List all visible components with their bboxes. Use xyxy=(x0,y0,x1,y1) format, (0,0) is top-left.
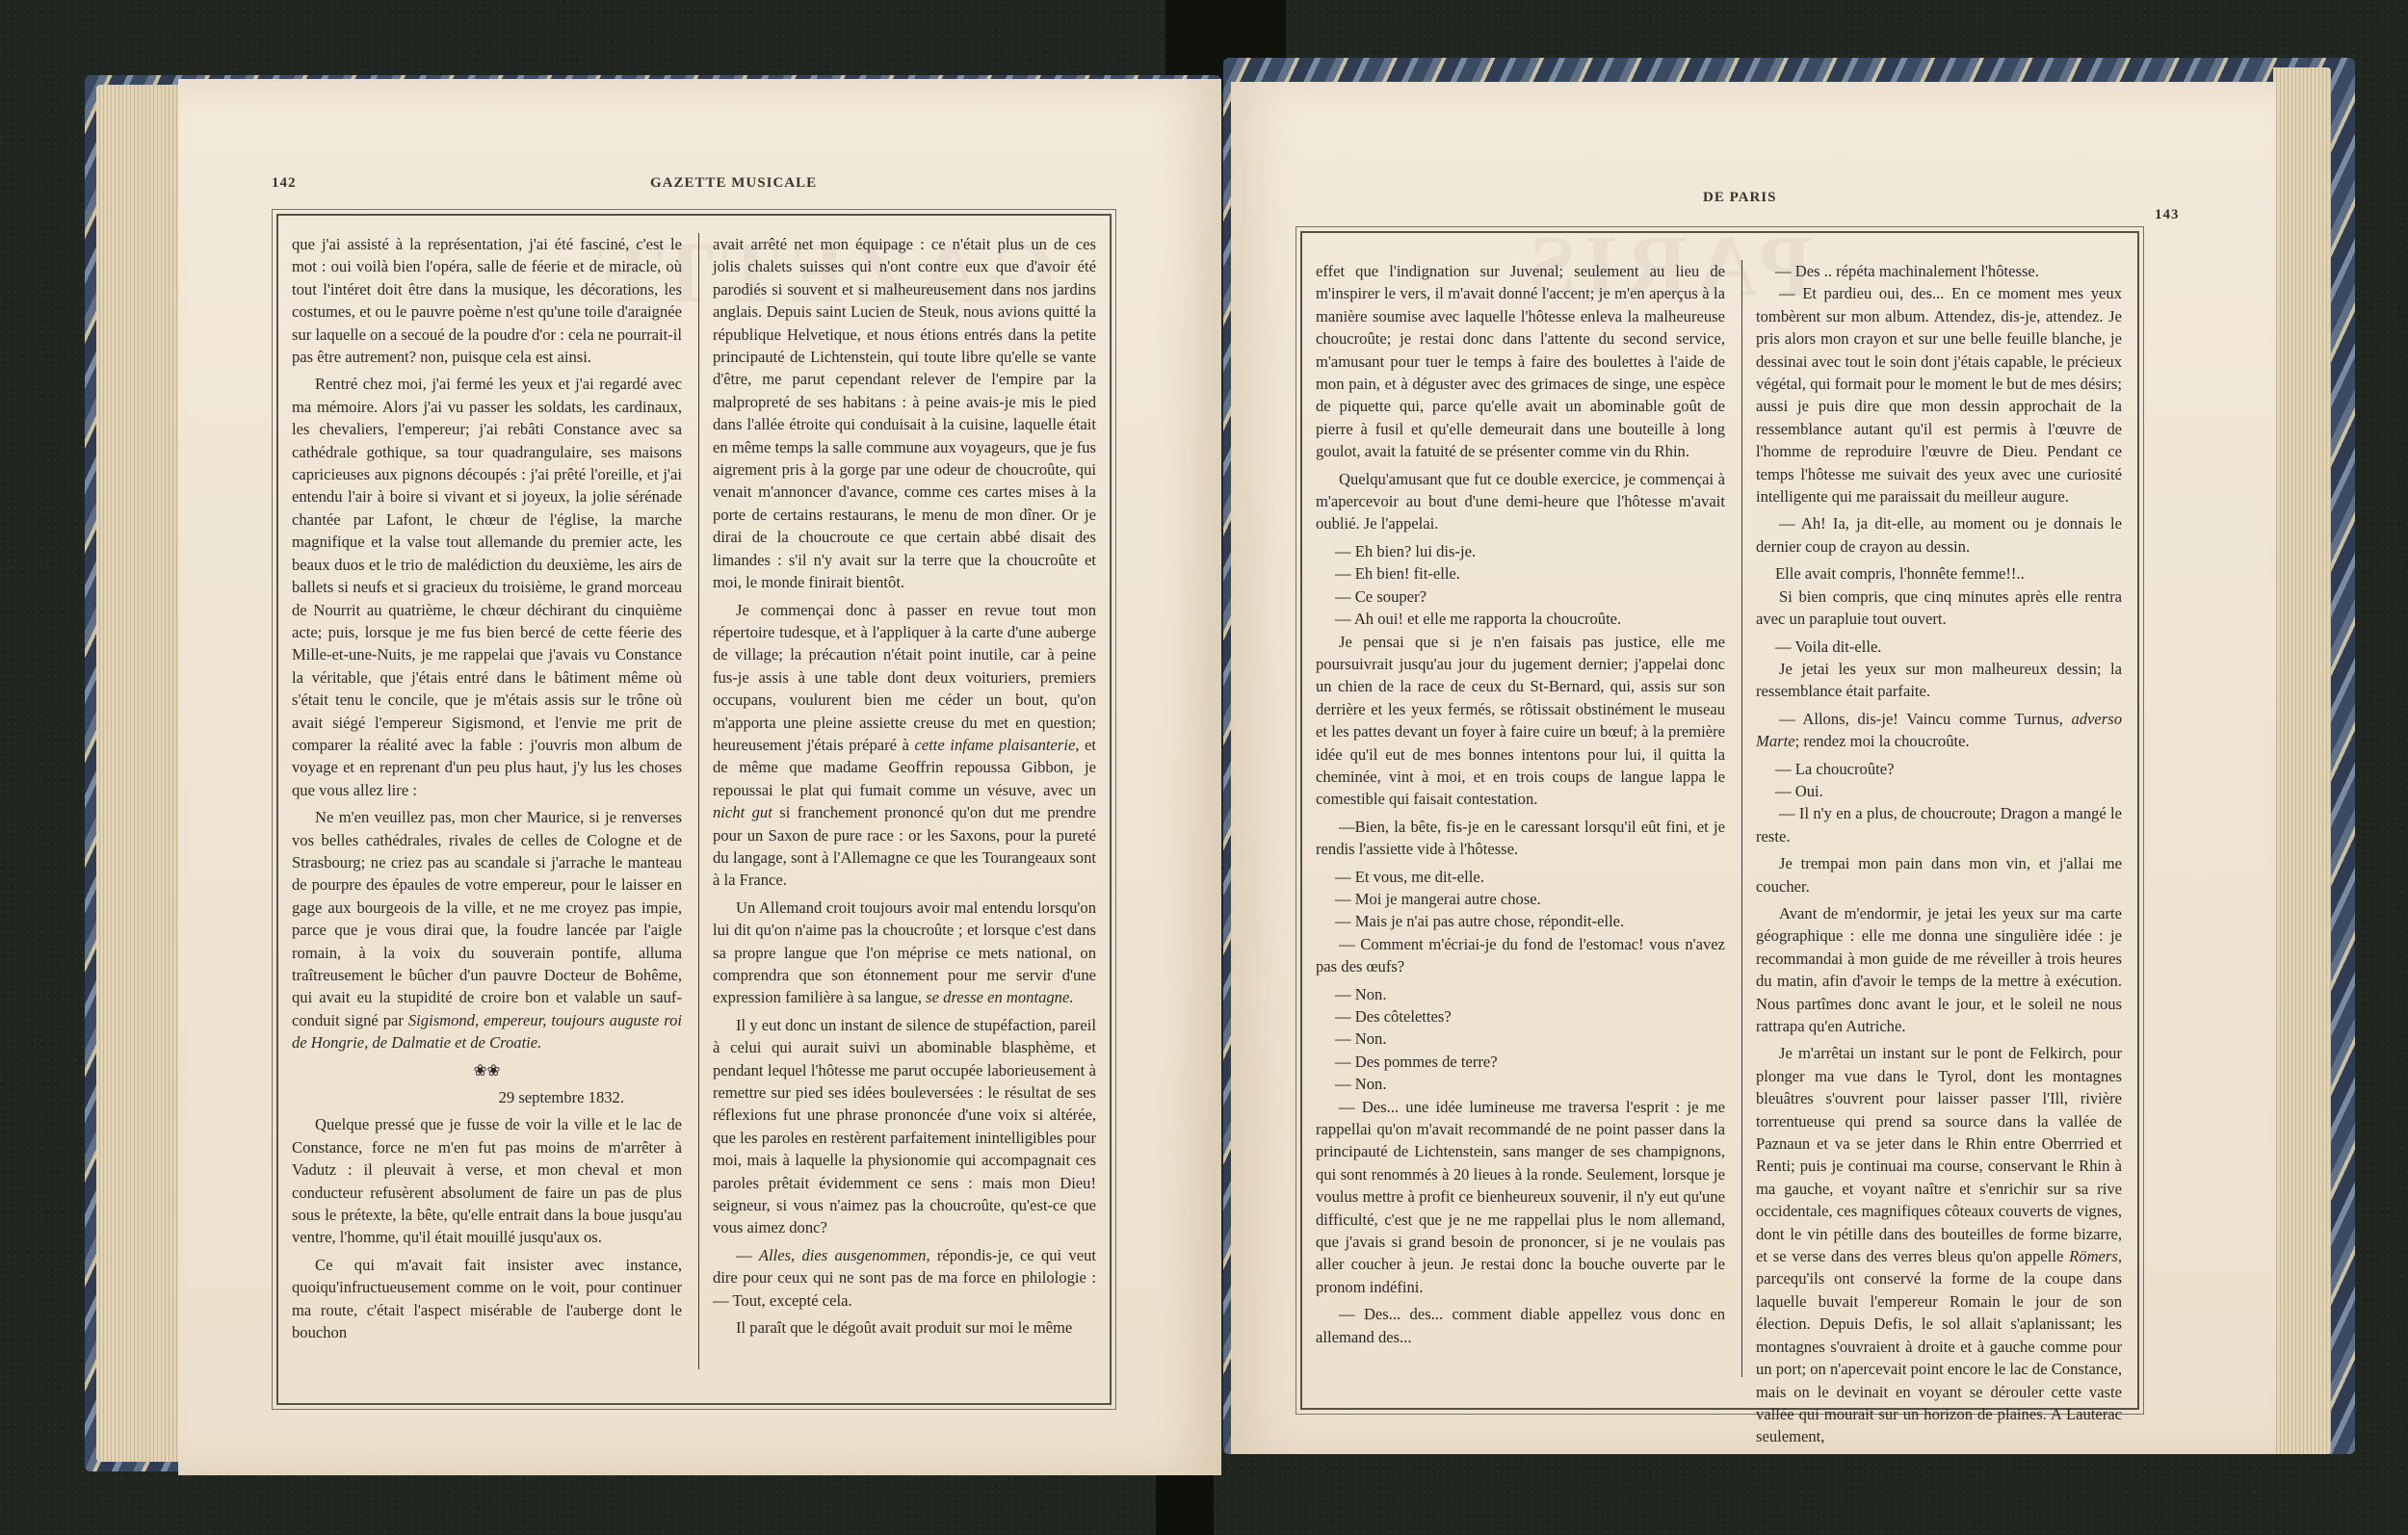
paragraph: Je jetai les yeux sur mon malheureux des… xyxy=(1756,658,2122,703)
page-edges-left xyxy=(96,85,183,1462)
paragraph: Elle avait compris, l'honnête femme!!.. xyxy=(1756,562,2122,585)
paragraph: — Non. xyxy=(1316,1073,1725,1095)
paragraph: — Ah oui! et elle me rapporta la choucro… xyxy=(1316,608,1725,630)
paragraph: ❀❀ xyxy=(292,1059,682,1081)
paragraph: Il y eut donc un instant de silence de s… xyxy=(713,1014,1096,1239)
paragraph: Si bien compris, que cinq minutes après … xyxy=(1756,585,2122,631)
paragraph: Avant de m'endormir, je jetai les yeux s… xyxy=(1756,902,2122,1037)
paragraph: — Des .. répéta machinalement l'hôtesse. xyxy=(1756,260,2122,282)
paragraph: Ne m'en veuillez pas, mon cher Maurice, … xyxy=(292,806,682,1054)
paragraph: — Non. xyxy=(1316,1028,1725,1050)
paragraph: Un Allemand croit toujours avoir mal ent… xyxy=(713,897,1096,1009)
column-2: — Des .. répéta machinalement l'hôtesse.… xyxy=(1756,260,2122,1453)
paragraph: — Comment m'écriai-je du fond de l'estom… xyxy=(1316,933,1725,978)
paragraph: — Non. xyxy=(1316,983,1725,1005)
paragraph: — Moi je mangerai autre chose. xyxy=(1316,888,1725,910)
paragraph: Ce qui m'avait fait insister avec instan… xyxy=(292,1254,682,1344)
paragraph: 29 septembre 1832. xyxy=(292,1086,682,1108)
paragraph: — Alles, dies ausgenommen, répondis-je, … xyxy=(713,1244,1096,1312)
paragraph: — Allons, dis-je! Vaincu comme Turnus, a… xyxy=(1756,708,2122,753)
running-head: GAZETTE MUSICALE xyxy=(650,175,817,192)
running-head: DE PARIS xyxy=(1703,190,1776,206)
paragraph: Je trempai mon pain dans mon vin, et j'a… xyxy=(1756,852,2122,898)
paragraph: —Bien, la bête, fis-je en le caressant l… xyxy=(1316,816,1725,861)
paragraph: Je pensai que si je n'en faisais pas jus… xyxy=(1316,631,1725,811)
paragraph: — Et vous, me dit-elle. xyxy=(1316,866,1725,888)
paragraph: Il paraît que le dégoût avait produit su… xyxy=(713,1316,1096,1339)
paragraph: — Mais je n'ai pas autre chose, répondit… xyxy=(1316,910,1725,932)
paragraph: — Oui. xyxy=(1756,780,2122,802)
column-1: effet que l'indignation sur Juvenal; seu… xyxy=(1316,260,1725,1353)
paragraph: — Il n'y en a plus, de choucroute; Drago… xyxy=(1756,802,2122,847)
paragraph: effet que l'indignation sur Juvenal; seu… xyxy=(1316,260,1725,463)
paragraph: que j'ai assisté à la représentation, j'… xyxy=(292,233,682,368)
paragraph: — Et pardieu oui, des... En ce moment me… xyxy=(1756,282,2122,507)
column-1: que j'ai assisté à la représentation, j'… xyxy=(292,233,682,1349)
paragraph: — Voila dit-elle. xyxy=(1756,636,2122,658)
paragraph: — Des côtelettes? xyxy=(1316,1005,1725,1028)
page-number: 142 xyxy=(272,175,297,192)
paragraph: — La choucroûte? xyxy=(1756,758,2122,780)
paragraph: — Eh bien? lui dis-je. xyxy=(1316,540,1725,562)
paragraph: avait arrêté net mon équipage : ce n'éta… xyxy=(713,233,1096,594)
paragraph: — Ah! Ia, ja dit-elle, au moment ou je d… xyxy=(1756,512,2122,558)
page-number: 143 xyxy=(2155,207,2180,223)
column-rule xyxy=(1741,260,1742,1377)
page-edges-right xyxy=(2273,67,2331,1454)
paragraph: Quelque pressé que je fusse de voir la v… xyxy=(292,1113,682,1248)
paragraph: Quelqu'amusant que fut ce double exercic… xyxy=(1316,468,1725,535)
left-page: GAZETTE 142 GAZETTE MUSICALE que j'ai as… xyxy=(178,79,1221,1475)
paragraph: — Des... une idée lumineuse me traversa … xyxy=(1316,1096,1725,1299)
paragraph: — Des... des... comment diable appellez … xyxy=(1316,1303,1725,1348)
column-rule xyxy=(698,233,699,1369)
paragraph: — Des pommes de terre? xyxy=(1316,1051,1725,1073)
paragraph: — Eh bien! fit-elle. xyxy=(1316,562,1725,585)
paragraph: Je commençai donc à passer en revue tout… xyxy=(713,599,1096,892)
paragraph: — Ce souper? xyxy=(1316,585,1725,608)
paragraph: Je m'arrêtai un instant sur le pont de F… xyxy=(1756,1042,2122,1447)
column-2: avait arrêté net mon équipage : ce n'éta… xyxy=(713,233,1096,1344)
paragraph: Rentré chez moi, j'ai fermé les yeux et … xyxy=(292,373,682,801)
right-page: PARIS DE PARIS 143 effet que l'indignati… xyxy=(1231,82,2276,1454)
